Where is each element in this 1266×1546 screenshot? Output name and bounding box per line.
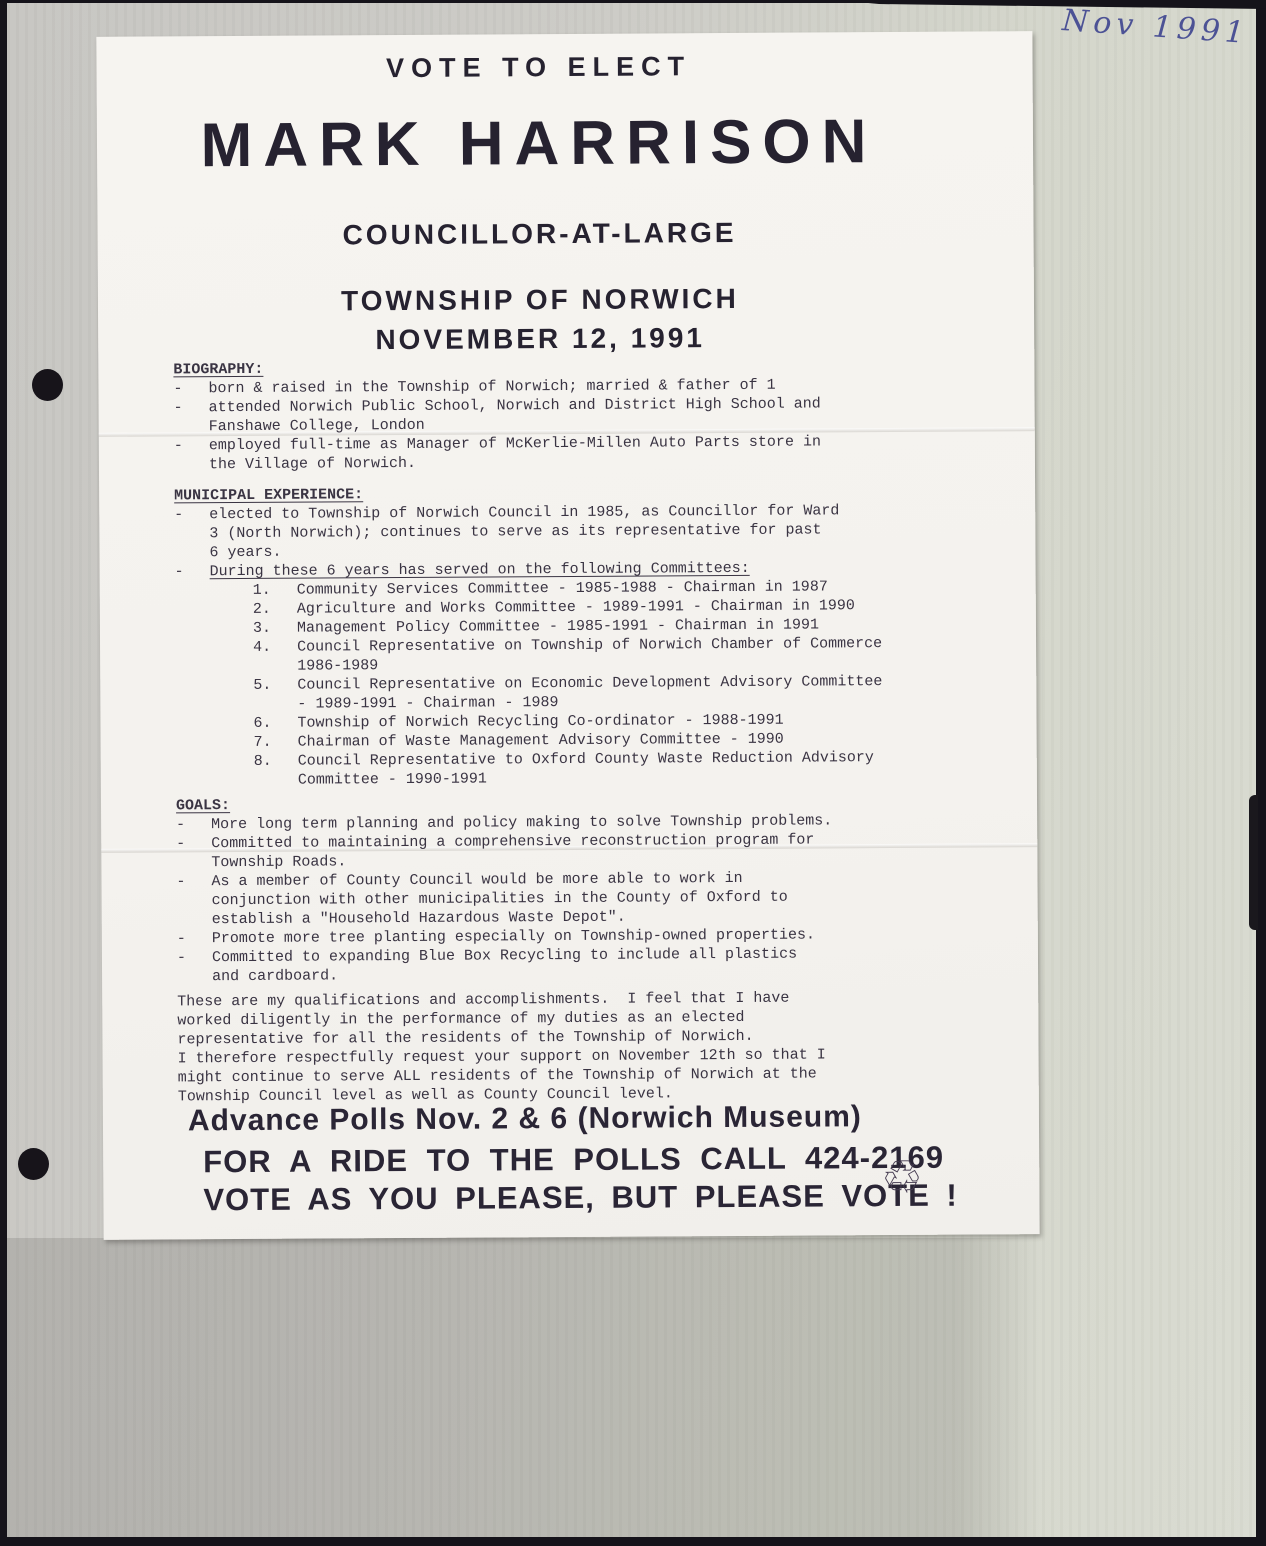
bullet-dash: - [177,929,212,948]
committee-number: 2. [253,600,297,619]
municipal-experience-section: MUNICIPAL EXPERIENCE: - elected to Towns… [174,481,1001,790]
bullet-dash: - [175,562,210,581]
recycle-icon: ♲ [881,1150,923,1204]
list-item: - Committed to expanding Blue Box Recycl… [177,943,1002,986]
list-item-text: Committed to maintaining a comprehensive… [211,829,1001,872]
committee-item: 4. Council Representative on Township of… [253,633,1000,676]
biography-section: BIOGRAPHY: - born & raised in the Townsh… [173,355,999,474]
list-item: - Committed to maintaining a comprehensi… [176,829,1001,872]
office-title: COUNCILLOR-AT-LARGE [97,215,1033,253]
committee-number: 1. [253,581,297,600]
backing-paper-lower-shade [7,1238,1040,1537]
kicker-line: VOTE TO ELECT [96,49,1032,86]
list-item-text: As a member of County Council would be m… [211,867,1001,929]
scanner-edge-right-blob [1249,795,1258,930]
list-item-text: employed full-time as Manager of McKerli… [209,431,999,474]
hole-punch-bottom [18,1148,49,1180]
bullet-dash: - [176,834,211,853]
list-item-text: Committed to expanding Blue Box Recyclin… [212,943,1002,986]
list-item: - elected to Township of Norwich Council… [174,500,999,562]
committee-number: 5. [253,676,297,695]
committee-item: 8. Council Representative to Oxford Coun… [254,747,1001,790]
scanned-page: { "annotation": { "handwritten_date": "N… [0,0,1266,1546]
committee-text: Council Representative on Township of No… [297,633,1000,675]
bullet-dash: - [173,379,208,398]
candidate-name: MARK HARRISON [97,105,1033,182]
committee-number: 4. [253,638,297,657]
committee-number: 8. [254,752,298,771]
flyer-sheet: VOTE TO ELECT MARK HARRISON COUNCILLOR-A… [96,31,1039,1240]
list-item: - employed full-time as Manager of McKer… [174,431,999,474]
committee-number: 7. [254,733,298,752]
ride-to-polls-line: FOR A RIDE TO THE POLLS CALL 424-2169 [203,1140,944,1181]
committee-number: 6. [253,714,297,733]
committee-number: 3. [253,619,297,638]
bullet-dash: - [176,872,211,891]
election-date: NOVEMBER 12, 1991 [98,320,1034,358]
committee-text: Council Representative on Economic Devel… [297,671,1000,713]
please-vote-line: VOTE AS YOU PLEASE, BUT PLEASE VOTE ! [203,1178,958,1219]
committee-item: 5. Council Representative on Economic De… [253,671,1000,714]
advance-polls-line: Advance Polls Nov. 2 & 6 (Norwich Museum… [188,1100,862,1138]
closing-paragraph: These are my qualifications and accompli… [177,987,1003,1106]
hole-punch-top [32,369,63,401]
list-item: - attended Norwich Public School, Norwic… [174,393,999,436]
municipality-title: TOWNSHIP OF NORWICH [98,281,1034,319]
list-item: - As a member of County Council would be… [176,867,1001,929]
bullet-dash: - [174,398,209,417]
bullet-dash: - [174,436,209,455]
goals-section: GOALS: - More long term planning and pol… [176,791,1002,986]
list-item-text: elected to Township of Norwich Council i… [209,500,999,562]
bullet-dash: - [177,948,212,967]
bullet-dash: - [174,505,209,524]
list-item-text: attended Norwich Public School, Norwich … [209,393,999,436]
committee-text: Council Representative to Oxford County … [298,747,1001,789]
closing-text: These are my qualifications and accompli… [177,987,1003,1106]
bullet-dash: - [176,815,211,834]
